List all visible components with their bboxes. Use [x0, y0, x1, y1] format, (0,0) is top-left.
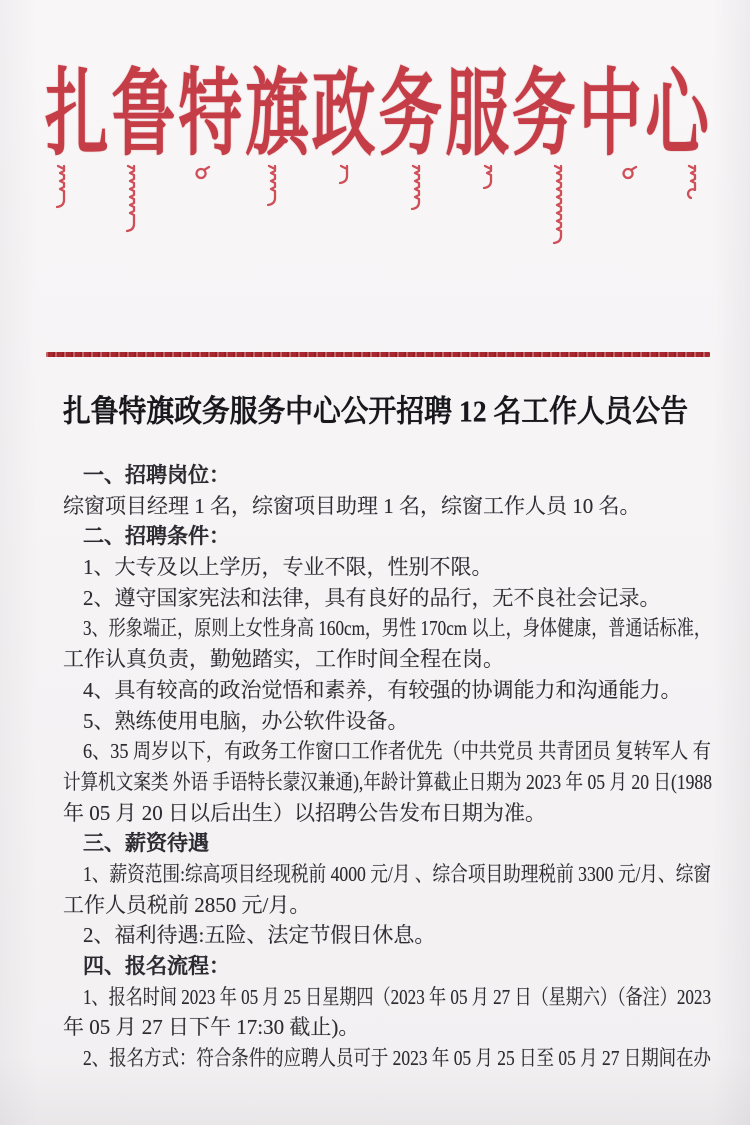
stamp-header-text: 扎鲁特旗政务服务中心 — [45, 68, 712, 163]
stamp-header: 扎鲁特旗政务服务中心 — [45, 68, 712, 168]
line-text: 一、招聘岗位： — [83, 460, 230, 491]
line-text: 1、大专及以上学历，专业不限，性别不限。 — [83, 552, 493, 583]
line-text: 2、福利待遇:五险、法定节假日休息。 — [83, 920, 435, 951]
announcement-body: 一、招聘岗位： 综窗项目经理 1 名，综窗项目助理 1 名，综窗工作人员 10 … — [63, 460, 712, 1074]
line-text: 三、薪资待遇 — [83, 828, 209, 859]
text-line: 2、遵守国家宪法和法律，具有良好的品行，无不良社会记录。 — [63, 583, 712, 614]
text-line: 工作认真负责，勤勉踏实，工作时间全程在岗。 — [63, 644, 712, 675]
text-line: 4、具有较高的政治觉悟和素养，有较强的协调能力和沟通能力。 — [63, 675, 712, 706]
mongolian-glyph — [193, 165, 211, 184]
text-line: 综窗项目经理 1 名，综窗项目助理 1 名，综窗工作人员 10 名。 — [63, 491, 712, 522]
text-line: 1、大专及以上学历，专业不限，性别不限。 — [63, 552, 712, 583]
text-line: 二、招聘条件： — [63, 521, 712, 552]
mongolian-glyph — [335, 165, 353, 189]
line-text: 计算机文案类 外语 手语特长蒙汉兼通),年龄计算截止日期为 2023 年 05 … — [63, 767, 712, 798]
red-rule — [46, 352, 710, 357]
text-line: 计算机文案类 外语 手语特长蒙汉兼通),年龄计算截止日期为 2023 年 05 … — [63, 767, 712, 798]
text-line: 年 05 月 20 日以后出生）以招聘公告发布日期为准。 — [63, 798, 712, 829]
mongolian-glyph — [52, 165, 70, 213]
text-line: 1、报名时间 2023 年 05 月 25 日星期四（2023 年 05 月 2… — [63, 982, 712, 1013]
mongolian-glyph — [683, 165, 701, 207]
announcement-title: 扎鲁特旗政务服务中心公开招聘 12 名工作人员公告 — [63, 394, 712, 430]
text-line: 三、薪资待遇 — [63, 828, 712, 859]
text-line: 3、形象端正，原则上女性身高 160cm，男性 170cm 以上，身体健康，普通… — [63, 613, 712, 644]
line-text: 4、具有较高的政治觉悟和素养，有较强的协调能力和沟通能力。 — [83, 675, 682, 706]
document-page: 扎鲁特旗政务服务中心 扎鲁特旗政务服务中心公开招聘 12 名工作人员公告 一、招… — [0, 0, 750, 1125]
text-line: 5、熟练使用电脑，办公软件设备。 — [63, 706, 712, 737]
line-text: 工作人员税前 2850 元/月。 — [63, 890, 310, 921]
line-text: 2、报名方式：符合条件的应聘人员可于 2023 年 05 月 25 日至 05 … — [83, 1043, 711, 1074]
mongolian-script-row — [0, 165, 750, 265]
line-text: 综窗项目经理 1 名，综窗项目助理 1 名，综窗工作人员 10 名。 — [63, 491, 641, 522]
line-text: 年 05 月 27 日下午 17:30 截止)。 — [63, 1012, 359, 1043]
text-line: 四、报名流程： — [63, 951, 712, 982]
line-text: 1、报名时间 2023 年 05 月 25 日星期四（2023 年 05 月 2… — [83, 982, 711, 1013]
text-line: 一、招聘岗位： — [63, 460, 712, 491]
text-line: 年 05 月 27 日下午 17:30 截止)。 — [63, 1012, 712, 1043]
line-text: 二、招聘条件： — [83, 521, 230, 552]
line-text: 5、熟练使用电脑，办公软件设备。 — [83, 706, 409, 737]
mongolian-glyph — [407, 165, 425, 215]
mongolian-glyph — [479, 165, 497, 194]
line-text: 2、遵守国家宪法和法律，具有良好的品行，无不良社会记录。 — [83, 583, 661, 614]
line-text: 3、形象端正，原则上女性身高 160cm，男性 170cm 以上，身体健康，普通… — [83, 613, 711, 644]
text-line: 6、35 周岁以下，有政务工作窗口工作者优先（中共党员 共青团员 复转军人 有 — [63, 736, 712, 767]
mongolian-glyph — [549, 165, 567, 249]
line-text: 1、薪资范围:综高项目经现税前 4000 元/月 、综合项目助理税前 3300 … — [83, 859, 711, 890]
line-text: 年 05 月 20 日以后出生）以招聘公告发布日期为准。 — [63, 798, 546, 829]
line-text: 工作认真负责，勤勉踏实，工作时间全程在岗。 — [63, 644, 504, 675]
mongolian-glyph — [263, 165, 281, 211]
text-line: 1、薪资范围:综高项目经现税前 4000 元/月 、综合项目助理税前 3300 … — [63, 859, 712, 890]
text-line: 2、福利待遇:五险、法定节假日休息。 — [63, 920, 712, 951]
text-line: 2、报名方式：符合条件的应聘人员可于 2023 年 05 月 25 日至 05 … — [63, 1043, 712, 1074]
mongolian-glyph — [122, 165, 140, 237]
text-line: 工作人员税前 2850 元/月。 — [63, 890, 712, 921]
line-text: 6、35 周岁以下，有政务工作窗口工作者优先（中共党员 共青团员 复转军人 有 — [83, 736, 711, 767]
line-text: 四、报名流程： — [83, 951, 230, 982]
mongolian-glyph — [620, 165, 638, 184]
announcement-title-text: 扎鲁特旗政务服务中心公开招聘 12 名工作人员公告 — [63, 394, 688, 430]
